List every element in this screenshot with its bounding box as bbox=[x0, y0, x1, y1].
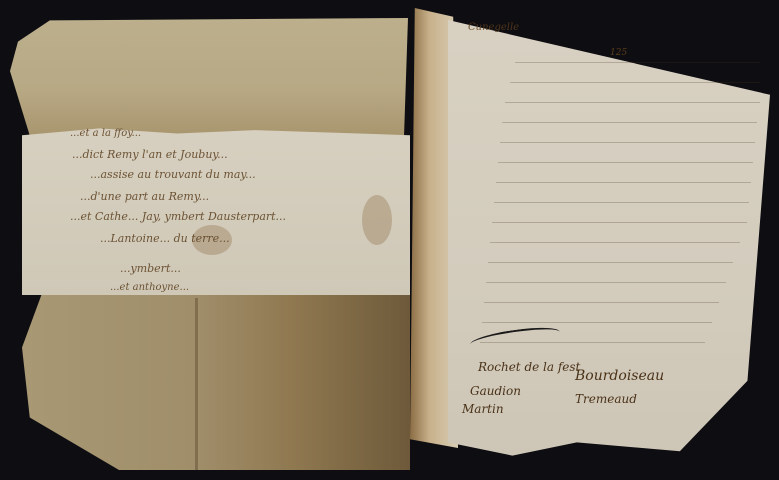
signature: Tremeaud bbox=[575, 392, 637, 406]
script-line bbox=[502, 122, 757, 123]
signature: Bourdoiseau bbox=[575, 368, 664, 384]
fold-crease bbox=[195, 298, 198, 470]
script-line bbox=[488, 262, 733, 263]
signature: Gaudion bbox=[470, 384, 521, 398]
left-text-line: ...assise au trouvant du may... bbox=[90, 168, 256, 181]
script-line bbox=[490, 242, 740, 243]
script-line bbox=[496, 182, 751, 183]
stain bbox=[362, 195, 392, 245]
left-text-line: ...et Cathe... Jay, ymbert Dausterpart..… bbox=[70, 210, 286, 223]
script-line bbox=[484, 302, 719, 303]
left-text-line: ...et anthoyne... bbox=[110, 282, 189, 293]
script-line bbox=[505, 102, 760, 103]
left-text-line: ...Lantoine... du terre... bbox=[100, 232, 230, 245]
left-document-top-parchment bbox=[10, 18, 408, 136]
script-line bbox=[498, 162, 753, 163]
script-line bbox=[486, 282, 726, 283]
header-note: Cunegelle bbox=[468, 22, 519, 33]
script-line bbox=[482, 322, 712, 323]
script-line bbox=[515, 62, 760, 63]
left-text-line: ...et a la ffoy... bbox=[70, 128, 141, 139]
script-line bbox=[510, 82, 760, 83]
signature: Rochet de la fest bbox=[478, 360, 580, 374]
left-text-line: ...d'une part au Remy... bbox=[80, 190, 209, 203]
left-document-folded-back bbox=[22, 295, 410, 470]
page-number: 125 bbox=[610, 48, 627, 58]
script-line bbox=[500, 142, 755, 143]
signature: Martin bbox=[462, 402, 504, 416]
left-text-line: ...ymbert... bbox=[120, 262, 181, 275]
script-line bbox=[494, 202, 749, 203]
script-line bbox=[492, 222, 747, 223]
left-text-line: ...dict Remy l'an et Joubuy... bbox=[72, 148, 228, 161]
manuscript-photo: ...et a la ffoy... ...dict Remy l'an et … bbox=[0, 0, 779, 480]
